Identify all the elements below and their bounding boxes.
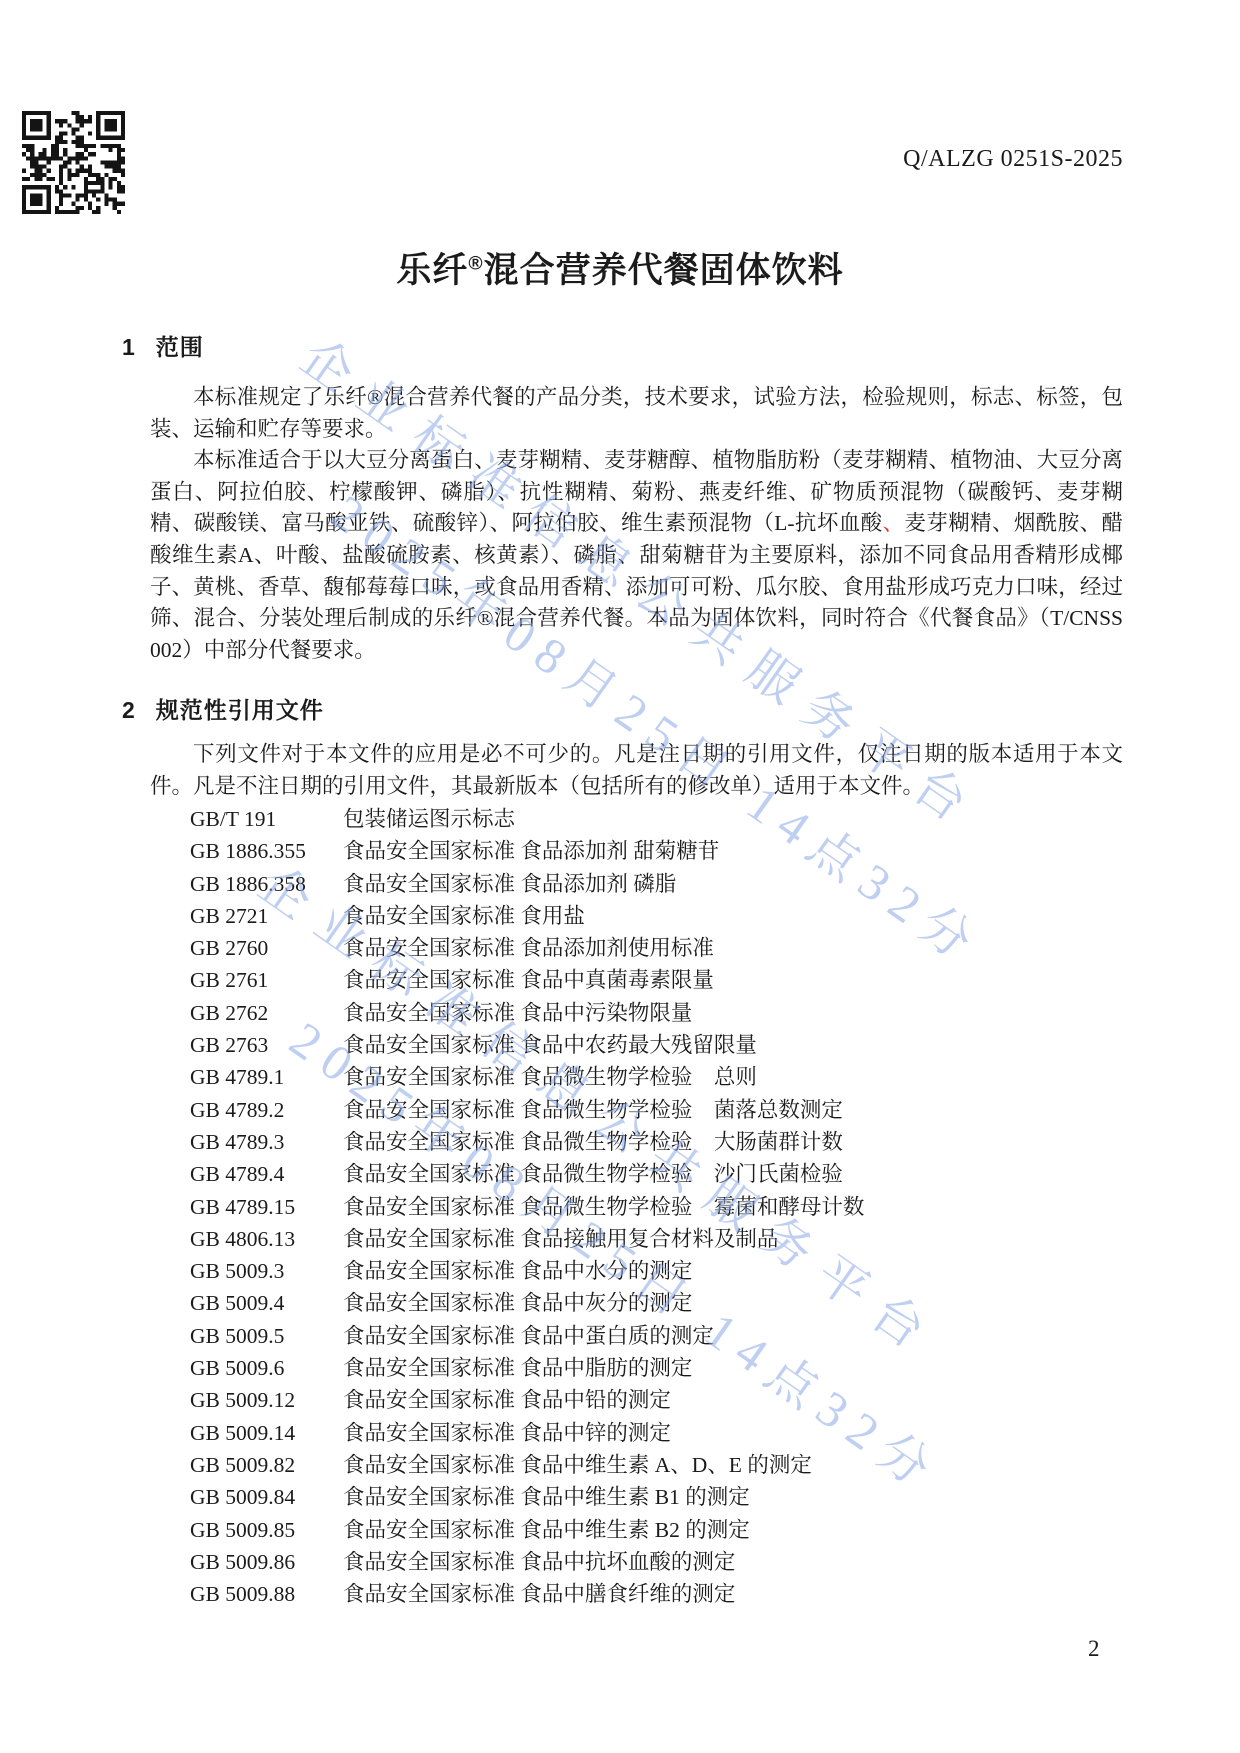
reference-code: GB 4789.4: [190, 1158, 343, 1190]
reference-code: GB 4806.13: [190, 1223, 343, 1255]
reference-row: GB 5009.82食品安全国家标准 食品中维生素 A、D、E 的测定: [190, 1449, 1130, 1481]
reference-code: GB 5009.4: [190, 1287, 343, 1319]
reference-code: GB 5009.6: [190, 1352, 343, 1384]
scope-paragraph-1: 本标准规定了乐纤®混合营养代餐的产品分类，技术要求，试验方法，检验规则，标志、标…: [150, 382, 1123, 445]
reference-code: GB 2762: [190, 997, 343, 1029]
reference-title: 食品安全国家标准 食品添加剂 磷脂: [343, 868, 1130, 900]
reference-row: GB 5009.3食品安全国家标准 食品中水分的测定: [190, 1255, 1130, 1287]
reference-code: GB 1886.358: [190, 868, 343, 900]
reference-row: GB 4789.4食品安全国家标准 食品微生物学检验 沙门氏菌检验: [190, 1158, 1130, 1190]
reference-title: 食品安全国家标准 食品中真菌毒素限量: [343, 964, 1130, 996]
standard-number: Q/ALZG 0251S-2025: [903, 146, 1123, 173]
page-title: 乐纤®混合营养代餐固体饮料: [0, 243, 1240, 293]
reference-code: GB 5009.5: [190, 1320, 343, 1352]
document-page: 企业标准信息公共服务平台 2025年08月25日 14点32分 企业标准信息公共…: [0, 0, 1240, 1753]
reference-title: 包装储运图示标志: [343, 803, 1130, 835]
reference-row: GB 4789.15食品安全国家标准 食品微生物学检验 霉菌和酵母计数: [190, 1191, 1130, 1223]
reference-row: GB 2761食品安全国家标准 食品中真菌毒素限量: [190, 964, 1130, 996]
reference-code: GB 5009.14: [190, 1417, 343, 1449]
reference-row: GB 1886.358食品安全国家标准 食品添加剂 磷脂: [190, 868, 1130, 900]
reference-title: 食品安全国家标准 食品中膳食纤维的测定: [343, 1578, 1130, 1610]
reference-row: GB 2763食品安全国家标准 食品中农药最大残留限量: [190, 1029, 1130, 1061]
section-heading-scope: 1范围: [122, 329, 204, 362]
reference-row: GB 2762食品安全国家标准 食品中污染物限量: [190, 997, 1130, 1029]
reference-title: 食品安全国家标准 食品接触用复合材料及制品: [343, 1223, 1130, 1255]
reference-code: GB 4789.1: [190, 1061, 343, 1093]
reference-code: GB/T 191: [190, 803, 343, 835]
reference-title: 食品安全国家标准 食品中农药最大残留限量: [343, 1029, 1130, 1061]
reference-code: GB 5009.88: [190, 1578, 343, 1610]
qr-code-icon: [22, 110, 125, 215]
reference-row: GB 5009.84食品安全国家标准 食品中维生素 B1 的测定: [190, 1481, 1130, 1513]
reference-code: GB 4789.2: [190, 1094, 343, 1126]
reference-code: GB 5009.3: [190, 1255, 343, 1287]
page-number: 2: [1088, 1636, 1100, 1662]
references-intro-paragraph: 下列文件对于本文件的应用是必不可少的。凡是注日期的引用文件，仅注日期的版本适用于…: [150, 739, 1123, 802]
reference-row: GB 4789.1食品安全国家标准 食品微生物学检验 总则: [190, 1061, 1130, 1093]
reference-row: GB 2721食品安全国家标准 食用盐: [190, 900, 1130, 932]
reference-title: 食品安全国家标准 食品中灰分的测定: [343, 1287, 1130, 1319]
reference-title: 食品安全国家标准 食品微生物学检验 沙门氏菌检验: [343, 1158, 1130, 1190]
reference-code: GB 5009.86: [190, 1546, 343, 1578]
reference-code: GB 4789.3: [190, 1126, 343, 1158]
scope-body: 本标准规定了乐纤®混合营养代餐的产品分类，技术要求，试验方法，检验规则，标志、标…: [150, 382, 1123, 666]
registered-trademark-icon: ®: [468, 253, 483, 274]
reference-row: GB 4789.2食品安全国家标准 食品微生物学检验 菌落总数测定: [190, 1094, 1130, 1126]
reference-title: 食品安全国家标准 食品微生物学检验 大肠菌群计数: [343, 1126, 1130, 1158]
reference-code: GB 2763: [190, 1029, 343, 1061]
reference-row: GB 5009.4食品安全国家标准 食品中灰分的测定: [190, 1287, 1130, 1319]
reference-row: GB 4789.3食品安全国家标准 食品微生物学检验 大肠菌群计数: [190, 1126, 1130, 1158]
title-suffix: 混合营养代餐固体饮料: [484, 251, 844, 290]
reference-row: GB 4806.13食品安全国家标准 食品接触用复合材料及制品: [190, 1223, 1130, 1255]
reference-row: GB 2760食品安全国家标准 食品添加剂使用标准: [190, 932, 1130, 964]
reference-title: 食品安全国家标准 食品中脂肪的测定: [343, 1352, 1130, 1384]
reference-title: 食品安全国家标准 食品中锌的测定: [343, 1417, 1130, 1449]
reference-code: GB 1886.355: [190, 835, 343, 867]
reference-code: GB 2721: [190, 900, 343, 932]
section-label: 规范性引用文件: [156, 697, 324, 723]
reference-row: GB 5009.14食品安全国家标准 食品中锌的测定: [190, 1417, 1130, 1449]
reference-code: GB 5009.12: [190, 1384, 343, 1416]
reference-title: 食品安全国家标准 食用盐: [343, 900, 1130, 932]
reference-title: 食品安全国家标准 食品中蛋白质的测定: [343, 1320, 1130, 1352]
reference-row: GB 5009.5食品安全国家标准 食品中蛋白质的测定: [190, 1320, 1130, 1352]
section-number: 1: [122, 334, 136, 361]
scope-paragraph-2: 本标准适合于以大豆分离蛋白、麦芽糊精、麦芽糖醇、植物脂肪粉（麦芽糊精、植物油、大…: [150, 445, 1123, 666]
reference-row: GB 5009.88食品安全国家标准 食品中膳食纤维的测定: [190, 1578, 1130, 1610]
reference-title: 食品安全国家标准 食品中维生素 B1 的测定: [343, 1481, 1130, 1513]
reference-row: GB/T 191包装储运图示标志: [190, 803, 1130, 835]
reference-row: GB 5009.12食品安全国家标准 食品中铅的测定: [190, 1384, 1130, 1416]
reference-title: 食品安全国家标准 食品添加剂使用标准: [343, 932, 1130, 964]
reference-title: 食品安全国家标准 食品中水分的测定: [343, 1255, 1130, 1287]
references-intro: 下列文件对于本文件的应用是必不可少的。凡是注日期的引用文件，仅注日期的版本适用于…: [150, 739, 1123, 802]
section-number: 2: [122, 697, 136, 724]
reference-title: 食品安全国家标准 食品中抗坏血酸的测定: [343, 1546, 1130, 1578]
section-label: 范围: [156, 334, 204, 360]
reference-row: GB 1886.355食品安全国家标准 食品添加剂 甜菊糖苷: [190, 835, 1130, 867]
references-list: GB/T 191包装储运图示标志GB 1886.355食品安全国家标准 食品添加…: [190, 803, 1130, 1610]
reference-code: GB 5009.85: [190, 1514, 343, 1546]
reference-title: 食品安全国家标准 食品中维生素 A、D、E 的测定: [343, 1449, 1130, 1481]
reference-code: GB 2761: [190, 964, 343, 996]
section-heading-normative-references: 2规范性引用文件: [122, 692, 324, 725]
red-comma-mark: 、: [883, 511, 905, 535]
reference-row: GB 5009.6食品安全国家标准 食品中脂肪的测定: [190, 1352, 1130, 1384]
reference-title: 食品安全国家标准 食品中维生素 B2 的测定: [343, 1514, 1130, 1546]
reference-title: 食品安全国家标准 食品中铅的测定: [343, 1384, 1130, 1416]
reference-code: GB 4789.15: [190, 1191, 343, 1223]
reference-row: GB 5009.86食品安全国家标准 食品中抗坏血酸的测定: [190, 1546, 1130, 1578]
title-prefix: 乐纤: [396, 251, 468, 290]
reference-code: GB 2760: [190, 932, 343, 964]
reference-title: 食品安全国家标准 食品中污染物限量: [343, 997, 1130, 1029]
reference-title: 食品安全国家标准 食品微生物学检验 菌落总数测定: [343, 1094, 1130, 1126]
reference-title: 食品安全国家标准 食品微生物学检验 霉菌和酵母计数: [343, 1191, 1130, 1223]
reference-row: GB 5009.85食品安全国家标准 食品中维生素 B2 的测定: [190, 1514, 1130, 1546]
reference-code: GB 5009.84: [190, 1481, 343, 1513]
reference-title: 食品安全国家标准 食品微生物学检验 总则: [343, 1061, 1130, 1093]
reference-code: GB 5009.82: [190, 1449, 343, 1481]
reference-title: 食品安全国家标准 食品添加剂 甜菊糖苷: [343, 835, 1130, 867]
